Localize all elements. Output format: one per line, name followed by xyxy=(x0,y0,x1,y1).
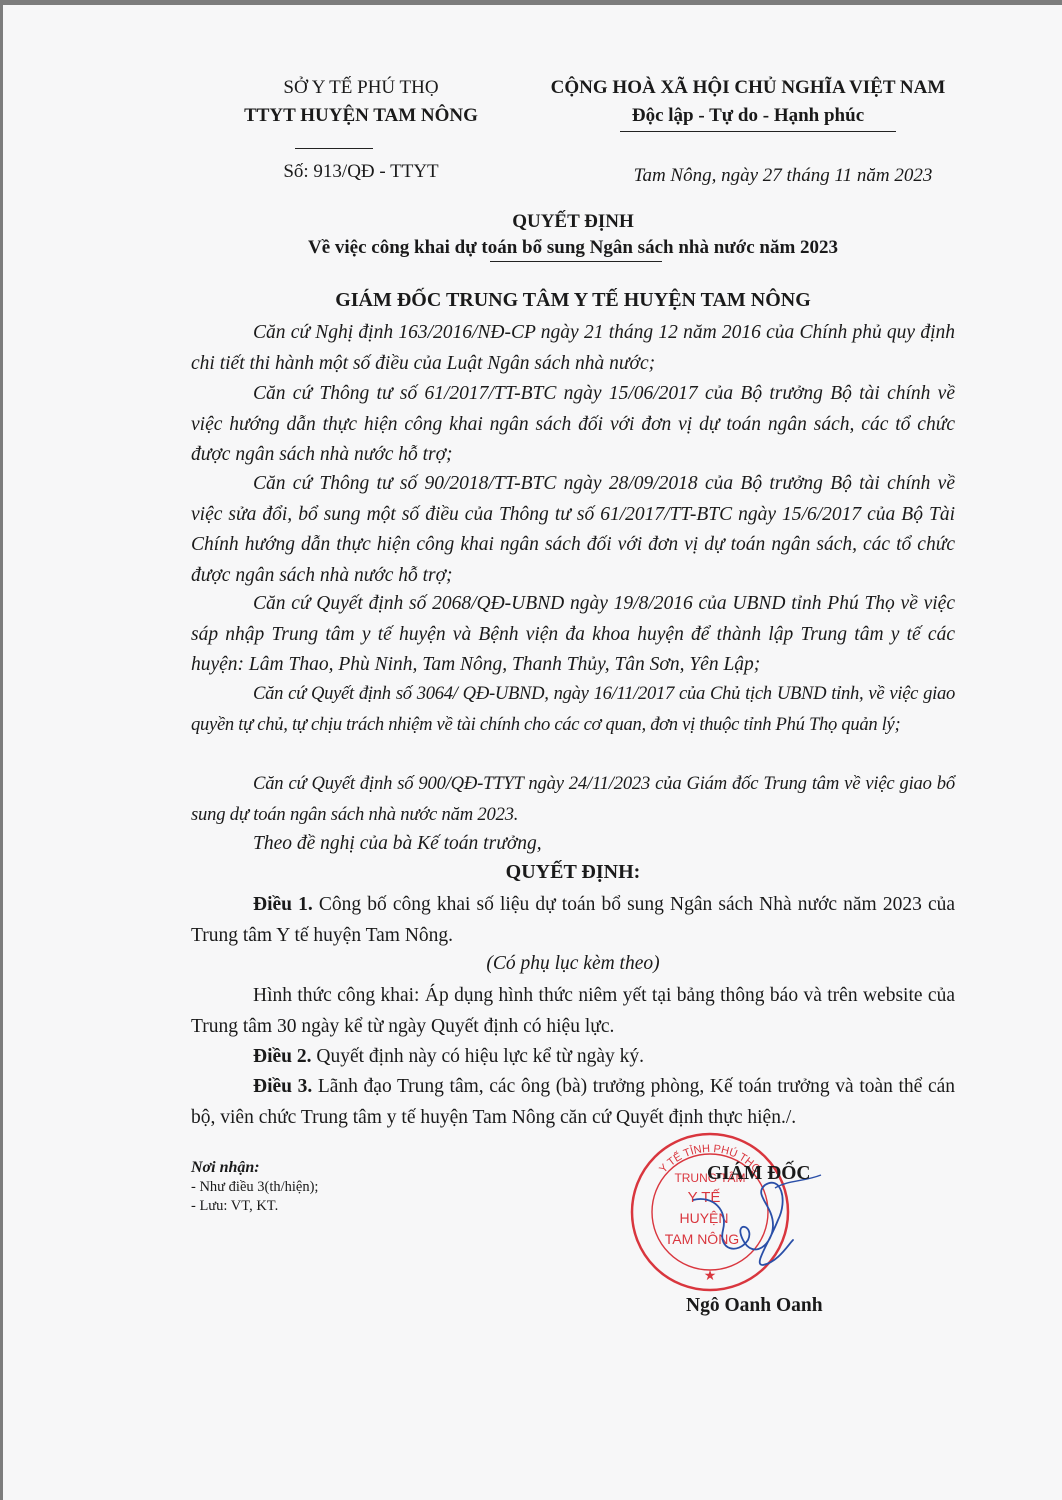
article-1-label: Điều 1. xyxy=(253,894,313,915)
legal-basis-2: Căn cứ Thông tư số 61/2017/TT-BTC ngày 1… xyxy=(191,379,955,471)
national-title: CỘNG HOÀ XÃ HỘI CHỦ NGHĨA VIỆT NAM xyxy=(533,77,963,99)
recipients-label: Nơi nhận: xyxy=(191,1159,260,1177)
signatory-name: Ngô Oanh Oanh xyxy=(686,1295,823,1317)
proposal-line: Theo đề nghị của bà Kế toán trưởng, xyxy=(191,829,955,860)
motto-underline xyxy=(620,131,896,132)
issuer-underline xyxy=(295,148,373,149)
article-3: Điều 3. Lãnh đạo Trung tâm, các ông (bà)… xyxy=(191,1072,955,1133)
issuer-parent: SỞ Y TẾ PHÚ THỌ xyxy=(241,77,481,99)
legal-basis-5: Căn cứ Quyết định số 3064/ QĐ-UBND, ngày… xyxy=(191,679,955,740)
recipient-item: - Như điều 3(th/hiện); xyxy=(191,1179,318,1196)
publication-form: Hình thức công khai: Áp dụng hình thức n… xyxy=(191,981,955,1042)
authority-heading: GIÁM ĐỐC TRUNG TÂM Y TẾ HUYỆN TAM NÔNG xyxy=(191,289,955,312)
article-1: Điều 1. Công bố công khai số liệu dự toá… xyxy=(191,890,955,951)
legal-basis-4: Căn cứ Quyết định số 2068/QĐ-UBND ngày 1… xyxy=(191,589,955,681)
national-motto: Độc lập - Tự do - Hạnh phúc xyxy=(533,105,963,127)
legal-basis-6: Căn cứ Quyết định số 900/QĐ-TTYT ngày 24… xyxy=(191,769,955,830)
recipient-item: - Lưu: VT, KT. xyxy=(191,1198,278,1215)
signatory-title: GIÁM ĐỐC xyxy=(707,1163,810,1185)
subtitle-underline xyxy=(490,261,662,262)
article-3-label: Điều 3. xyxy=(253,1076,312,1097)
document-number: Số: 913/QĐ - TTYT xyxy=(231,161,491,183)
legal-basis-3: Căn cứ Thông tư số 90/2018/TT-BTC ngày 2… xyxy=(191,469,955,591)
legal-basis-1: Căn cứ Nghị định 163/2016/NĐ-CP ngày 21 … xyxy=(191,318,955,379)
appendix-note: (Có phụ lục kèm theo) xyxy=(191,953,955,975)
issuer-name: TTYT HUYỆN TAM NÔNG xyxy=(211,105,511,127)
document-page: SỞ Y TẾ PHÚ THỌ TTYT HUYỆN TAM NÔNG Số: … xyxy=(3,5,1062,1500)
decision-heading: QUYẾT ĐỊNH: xyxy=(191,861,955,884)
document-subtitle: Về việc công khai dự toán bổ sung Ngân s… xyxy=(191,237,955,259)
article-2-text: Quyết định này có hiệu lực kể từ ngày ký… xyxy=(312,1046,645,1067)
article-2-label: Điều 2. xyxy=(253,1046,312,1067)
place-date: Tam Nông, ngày 27 tháng 11 năm 2023 xyxy=(583,165,983,187)
signature-scribble-icon xyxy=(693,1170,823,1280)
article-2: Điều 2. Quyết định này có hiệu lực kể từ… xyxy=(191,1042,955,1073)
document-title: QUYẾT ĐỊNH xyxy=(191,211,955,233)
